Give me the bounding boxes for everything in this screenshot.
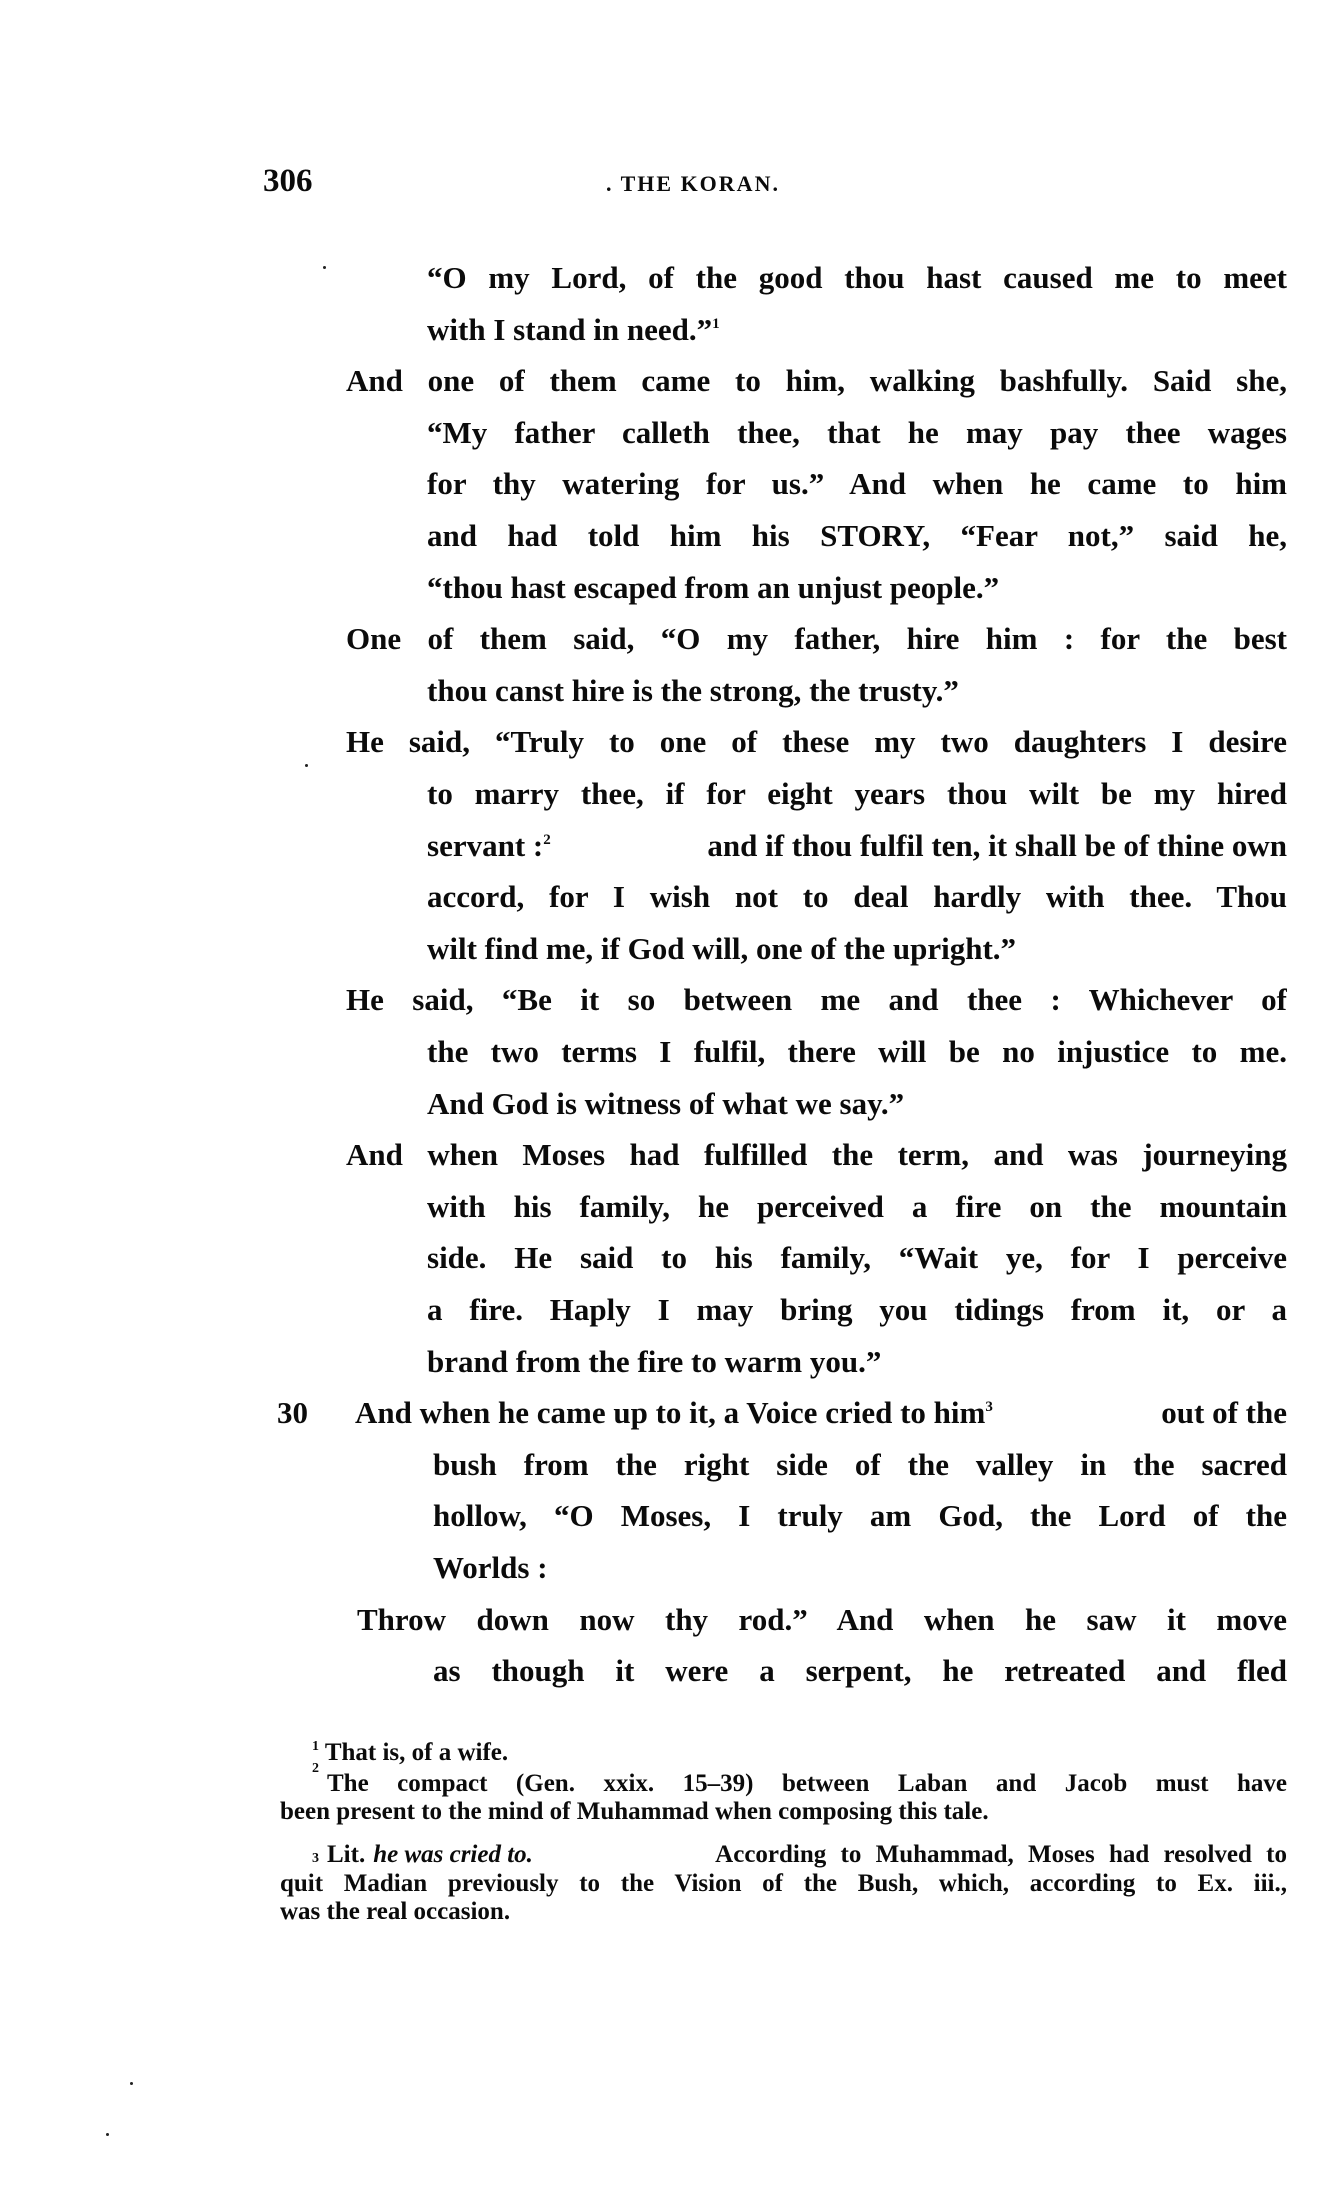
book-page: 306 . THE KORAN. “O my Lord, of the good… (0, 0, 1328, 2191)
text-line: the two terms I fulfil, there will be no… (427, 1032, 1287, 1072)
verse-number: 30 (277, 1393, 308, 1433)
footnote-1: 1 That is, of a wife. (312, 1738, 1287, 1768)
scan-speck (323, 266, 326, 269)
text-line: hollow, “O Moses, I truly am God, the Lo… (433, 1496, 1287, 1536)
footnote-3-cont: quit Madian previously to the Vision of … (280, 1869, 1287, 1899)
page-number: 306 (263, 163, 313, 199)
text-line: and had told him his STORY, “Fear not,” … (427, 516, 1287, 556)
footnote-ref-1[interactable]: 1 (712, 316, 720, 332)
text-line: He said, “Be it so between me and thee :… (346, 980, 1287, 1020)
text-line: accord, for I wish not to deal hardly wi… (427, 877, 1287, 917)
text-line: bush from the right side of the valley i… (433, 1445, 1287, 1485)
text-line: “My father calleth thee, that he may pay… (427, 413, 1287, 453)
text-line: side. He said to his family, “Wait ye, f… (427, 1238, 1287, 1278)
footnote-3: 3Lit.he was cried to.According to Muhamm… (312, 1840, 1287, 1870)
footnote-3-cont: was the real occasion. (280, 1897, 1287, 1927)
text-line: brand from the fire to warm you.” (427, 1342, 1287, 1382)
text-line: Throw down now thy rod.” And when he saw… (357, 1600, 1287, 1640)
text-line: He said, “Truly to one of these my two d… (346, 722, 1287, 762)
text-line: And one of them came to him, walking bas… (346, 361, 1287, 401)
text-line: for thy watering for us.” And when he ca… (427, 464, 1287, 504)
text-line: “thou hast escaped from an unjust people… (427, 568, 1287, 608)
text-line: One of them said, “O my father, hire him… (346, 619, 1287, 659)
running-title: . THE KORAN. (606, 166, 780, 202)
text-line: Worlds : (433, 1548, 1293, 1588)
text-line: with I stand in need.”1 (427, 310, 1287, 350)
scan-speck (305, 764, 308, 767)
text-line: thou canst hire is the strong, the trust… (427, 671, 1287, 711)
footnote-2: 2The compact (Gen. xxix. 15–39) between … (312, 1769, 1287, 1799)
text-line: as though it were a serpent, he retreate… (433, 1651, 1287, 1691)
text-line: “O my Lord, of the good thou hast caused… (427, 258, 1287, 298)
text-line: to marry thee, if for eight years thou w… (427, 774, 1287, 814)
text-line: And when Moses had fulfilled the term, a… (346, 1135, 1287, 1175)
text-line: servant :2 and if thou fulfil ten, it sh… (427, 826, 1287, 866)
footnote-ref-3[interactable]: 3 (985, 1399, 993, 1415)
text-line: a fire. Haply I may bring you tidings fr… (427, 1290, 1287, 1330)
scan-speck (130, 2082, 133, 2085)
footnote-2-cont: been present to the mind of Muhammad whe… (280, 1797, 1287, 1827)
text-line: And God is witness of what we say.” (427, 1084, 1287, 1124)
text-line: wilt find me, if God will, one of the up… (427, 929, 1287, 969)
footnote-ref-2[interactable]: 2 (543, 832, 551, 848)
scan-speck (106, 2133, 109, 2136)
text-line: with his family, he perceived a fire on … (427, 1187, 1287, 1227)
text-line: And when he came up to it, a Voice cried… (355, 1393, 1287, 1433)
